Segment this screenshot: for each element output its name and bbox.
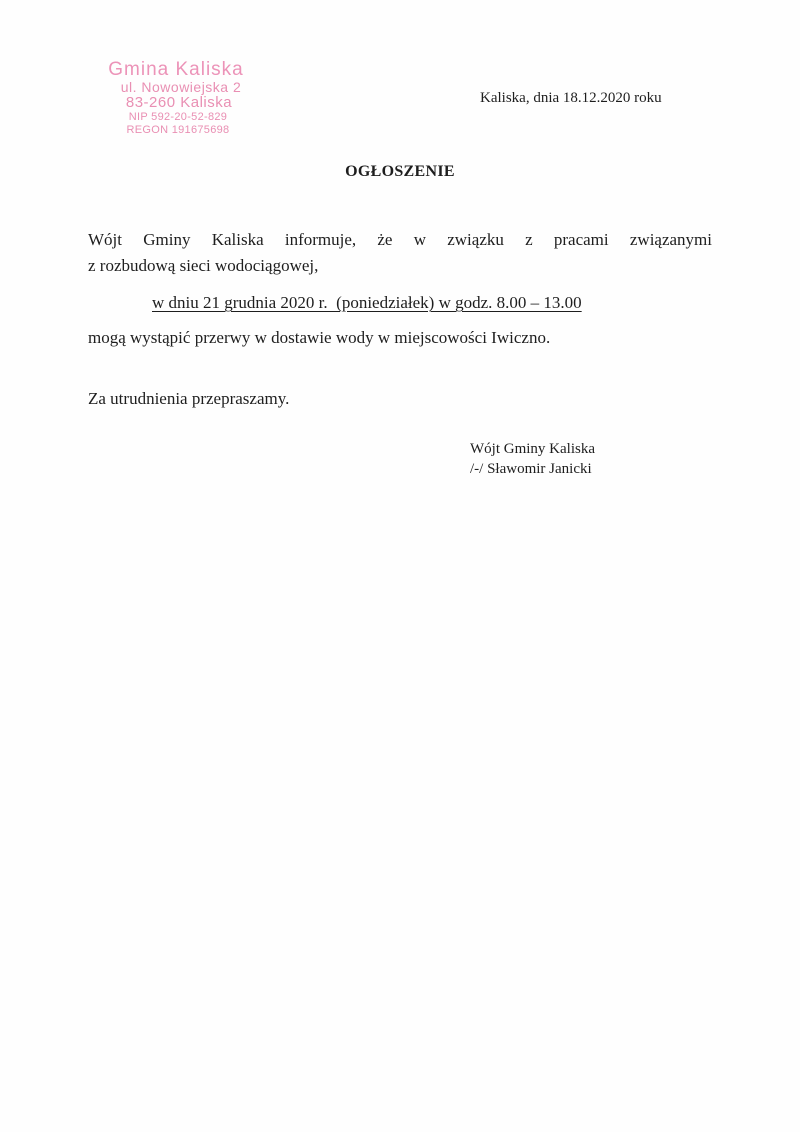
signatory-role: Wójt Gminy Kaliska xyxy=(470,439,595,459)
announcement-paragraph: Wójt Gminy Kaliska informuje, że w związ… xyxy=(88,227,712,279)
stamp-regon: REGON 191675698 xyxy=(100,124,256,137)
document-title: OGŁOSZENIE xyxy=(0,163,800,181)
stamp-postal-city: 83-260 Kaliska xyxy=(102,95,256,110)
document-page: Gmina Kaliska ul. Nowowiejska 2 83-260 K… xyxy=(0,0,800,1132)
signatory-name: /-/ Sławomir Janicki xyxy=(470,459,595,479)
outage-notice: mogą wystąpić przerwy w dostawie wody w … xyxy=(88,325,712,351)
apology-text: Za utrudnienia przepraszamy. xyxy=(88,386,712,412)
outage-date-time: w dniu 21 grudnia 2020 r. (poniedziałek)… xyxy=(152,293,582,313)
stamp-street: ul. Nowowiejska 2 xyxy=(106,80,256,94)
municipality-stamp: Gmina Kaliska ul. Nowowiejska 2 83-260 K… xyxy=(96,60,256,137)
signature-block: Wójt Gminy Kaliska /-/ Sławomir Janicki xyxy=(470,439,595,479)
stamp-nip: NIP 592-20-52-829 xyxy=(100,111,256,124)
place-and-date: Kaliska, dnia 18.12.2020 roku xyxy=(480,90,662,107)
paragraph-line: Wójt Gminy Kaliska informuje, że w związ… xyxy=(88,227,712,253)
paragraph-line: z rozbudową sieci wodociągowej, xyxy=(88,253,712,279)
stamp-name: Gmina Kaliska xyxy=(96,60,256,79)
